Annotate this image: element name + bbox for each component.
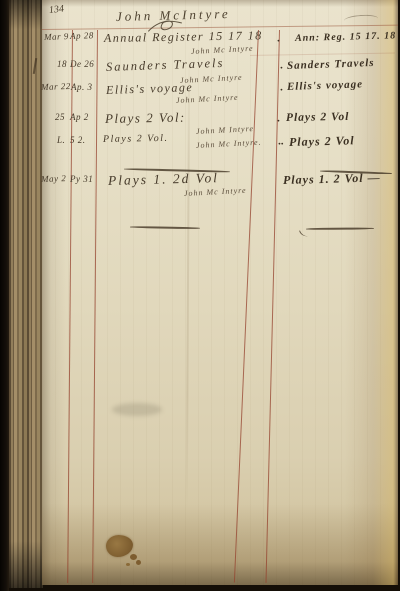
page-number: 134 bbox=[48, 3, 64, 16]
entry-date-returned: Ap 28 bbox=[70, 30, 94, 41]
entry-date-returned: De 26 bbox=[70, 59, 94, 69]
book-spine bbox=[0, 0, 9, 591]
entry-title: Plays 2 Vol: bbox=[105, 110, 186, 127]
entry-date-returned: Ap 2 bbox=[70, 112, 89, 122]
stain-drip bbox=[126, 563, 130, 566]
entry-date-borrowed: Mar 22 bbox=[41, 81, 71, 92]
ditto-mark: ·· bbox=[278, 138, 284, 150]
entry-date-borrowed: May 2 bbox=[41, 173, 67, 184]
entry-date-returned: Ap. 3 bbox=[71, 82, 93, 92]
ditto-mark: · bbox=[277, 115, 280, 127]
entry-title: Plays 1. 2d Vol bbox=[108, 170, 219, 189]
ditto-mark: · bbox=[280, 62, 283, 74]
ledger-page-photo: 134 John McIntyre Mar 9 Ap 28 Annual Reg… bbox=[0, 0, 400, 591]
stain-drip bbox=[130, 554, 137, 560]
ditto-mark: · bbox=[280, 84, 283, 96]
entry-date-borrowed: 18 bbox=[57, 59, 67, 69]
entry-title: Annual Register 15 17 18 bbox=[104, 28, 263, 46]
entry-date-borrowed: Mar 9 bbox=[44, 31, 69, 42]
entry-date-borrowed: 25 bbox=[55, 112, 65, 122]
ink-smudge bbox=[112, 403, 162, 416]
ditto-mark: · bbox=[277, 35, 280, 47]
entry-date-returned: Py 31 bbox=[70, 174, 93, 184]
entry-right-title: Plays 2 Vol bbox=[289, 133, 355, 150]
page-edges-stack bbox=[9, 0, 43, 588]
entry-date-returned: 5 2. bbox=[70, 135, 86, 145]
entry-title: Plays 2 Vol. bbox=[103, 133, 169, 145]
stain-drip bbox=[136, 560, 141, 565]
entry-date-borrowed: L. bbox=[57, 135, 65, 145]
entry-right-title: Plays 2 Vol bbox=[286, 111, 350, 124]
